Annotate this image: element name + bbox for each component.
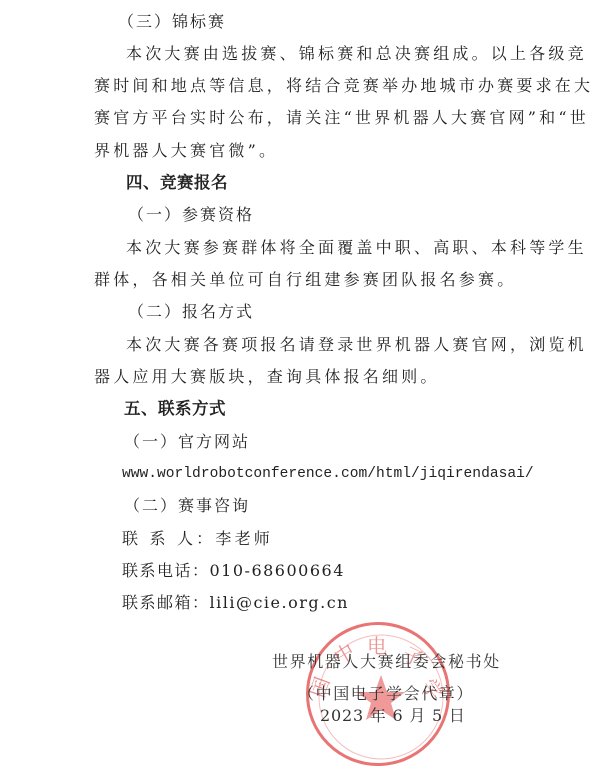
section-subheading: （三）锦标赛 (118, 12, 548, 32)
signature-date: 2023 年 6 月 5 日 (320, 706, 466, 726)
contact-person: 联 系 人：李老师 (122, 529, 552, 549)
section-subheading: （二）赛事咨询 (124, 496, 554, 516)
paragraph-line: 群体，各相关单位可自行组建参赛团队报名参赛。 (94, 270, 524, 290)
official-website-link[interactable]: www.worldrobotconference.com/html/jiqire… (122, 464, 552, 484)
paragraph-line: 赛官方平台实时公布，请关注“世界机器人大赛官网”和“世 (94, 108, 524, 128)
paragraph-line: 本次大赛各赛项报名请登录世界机器人赛官网，浏览机 (126, 335, 556, 355)
contact-phone: 联系电话：010-68600664 (122, 561, 552, 581)
paragraph-line: 界机器人大赛官微”。 (94, 141, 524, 161)
section-subheading: （二）报名方式 (128, 302, 558, 322)
section-subheading: （一）官方网站 (124, 432, 554, 452)
paragraph-line: 赛时间和地点等信息，将结合竞赛举办地城市办赛要求在大 (94, 76, 524, 96)
section-heading: 五、联系方式 (124, 399, 554, 419)
signature-seal-note: （中国电子学会代章） (298, 684, 474, 704)
paragraph-line: 器人应用大赛版块，查询具体报名细则。 (94, 367, 524, 387)
section-heading: 四、竞赛报名 (126, 173, 556, 193)
paragraph-line: 本次大赛参赛群体将全面覆盖中职、高职、本科等学生 (126, 238, 556, 258)
signature-organization: 世界机器人大赛组委会秘书处 (272, 652, 501, 672)
paragraph-line: 本次大赛由选拔赛、锦标赛和总决赛组成。以上各级竞 (126, 44, 556, 64)
section-subheading: （一）参赛资格 (128, 205, 558, 225)
contact-email[interactable]: 联系邮箱：lili@cie.org.cn (122, 593, 552, 613)
